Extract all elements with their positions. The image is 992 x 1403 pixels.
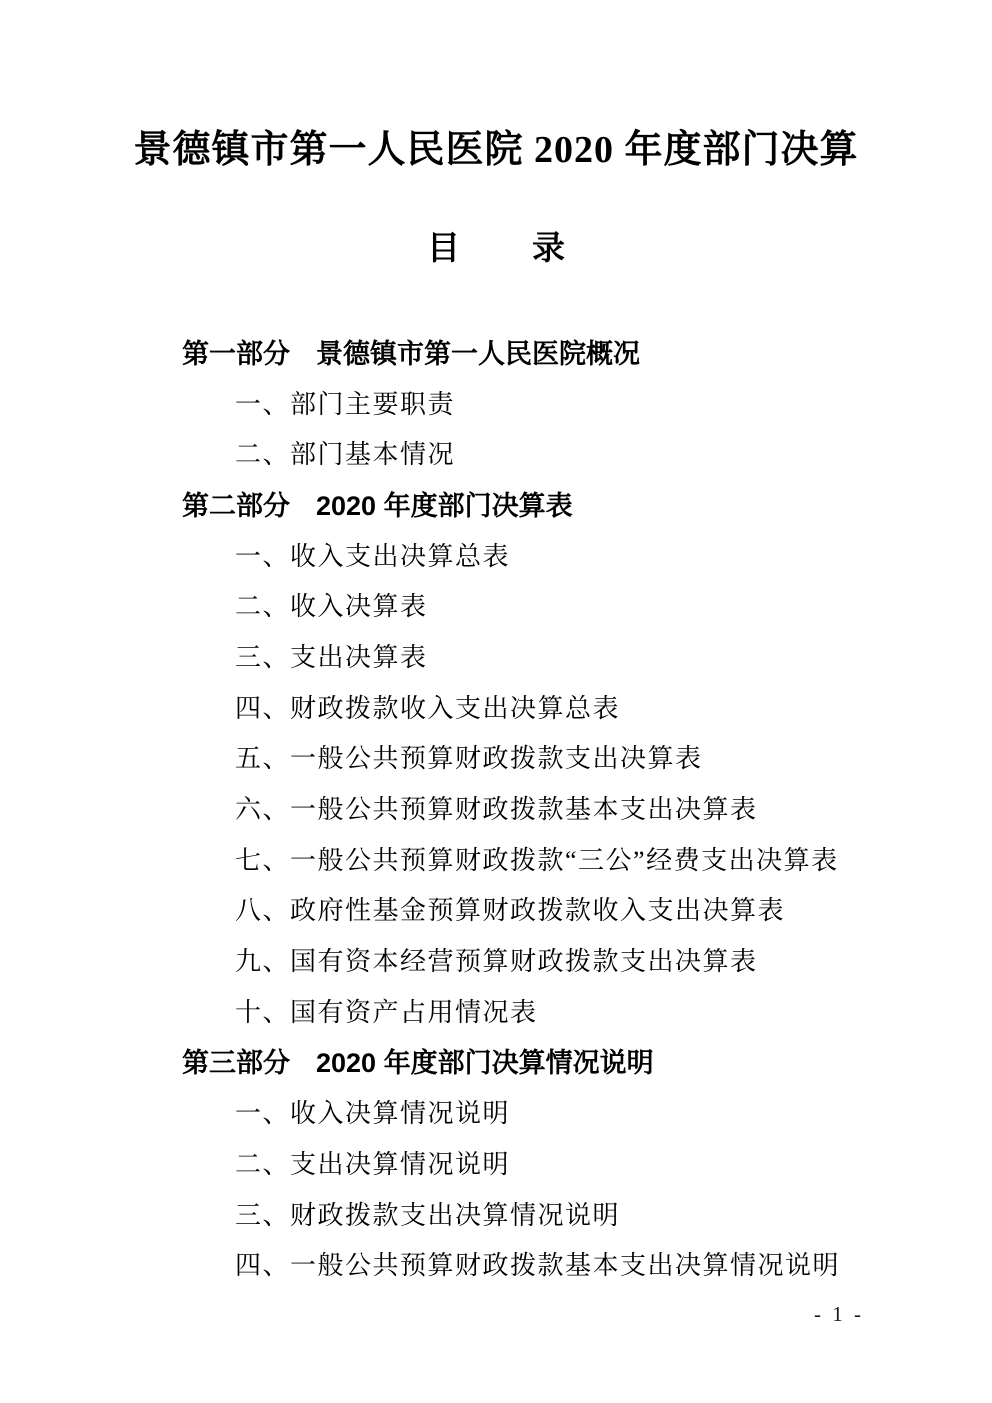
toc-item: 三、支出决算表 — [0, 630, 992, 681]
section-heading-title: 2020 年度部门决算情况说明 — [316, 1041, 654, 1080]
toc-item: 六、一般公共预算财政拨款基本支出决算表 — [0, 782, 992, 833]
toc-heading-char-right: 录 — [532, 222, 565, 269]
toc-item: 三、财政拨款支出决算情况说明 — [0, 1188, 992, 1239]
toc-item: 十、国有资产占用情况表 — [0, 985, 992, 1036]
toc-item: 八、政府性基金预算财政拨款收入支出决算表 — [0, 884, 992, 935]
toc-item: 七、一般公共预算财政拨款“三公”经费支出决算表 — [0, 833, 992, 884]
toc-heading: 目 录 — [0, 222, 992, 269]
toc-item: 一、收入支出决算总表 — [0, 529, 992, 580]
document-title: 景德镇市第一人民医院 2020 年度部门决算 — [0, 118, 992, 173]
section-heading-label: 第二部分 — [182, 484, 290, 523]
document-page: 景德镇市第一人民医院 2020 年度部门决算 目 录 第一部分 景德镇市第一人民… — [0, 0, 992, 1403]
toc-section-heading-part1: 第一部分 景德镇市第一人民医院概况 — [0, 326, 992, 377]
toc-item: 五、一般公共预算财政拨款支出决算表 — [0, 732, 992, 783]
section-heading-title: 2020 年度部门决算表 — [316, 484, 573, 523]
page-number: - 1 - — [814, 1302, 864, 1327]
toc-item: 二、收入决算表 — [0, 579, 992, 630]
toc-section-heading-part2: 第二部分 2020 年度部门决算表 — [0, 478, 992, 529]
toc-item: 二、部门基本情况 — [0, 427, 992, 478]
toc-item: 四、一般公共预算财政拨款基本支出决算情况说明 — [0, 1238, 992, 1289]
section-heading-title: 景德镇市第一人民医院概况 — [316, 332, 640, 371]
section-heading-label: 第三部分 — [182, 1041, 290, 1080]
toc-item: 九、国有资本经营预算财政拨款支出决算表 — [0, 934, 992, 985]
section-heading-label: 第一部分 — [182, 332, 290, 371]
toc-item: 二、支出决算情况说明 — [0, 1137, 992, 1188]
table-of-contents: 第一部分 景德镇市第一人民医院概况 一、部门主要职责 二、部门基本情况 第二部分… — [0, 326, 992, 1289]
toc-heading-char-left: 目 — [427, 222, 460, 269]
toc-section-heading-part3: 第三部分 2020 年度部门决算情况说明 — [0, 1036, 992, 1087]
toc-item: 四、财政拨款收入支出决算总表 — [0, 681, 992, 732]
toc-item: 一、收入决算情况说明 — [0, 1086, 992, 1137]
toc-item: 一、部门主要职责 — [0, 377, 992, 428]
